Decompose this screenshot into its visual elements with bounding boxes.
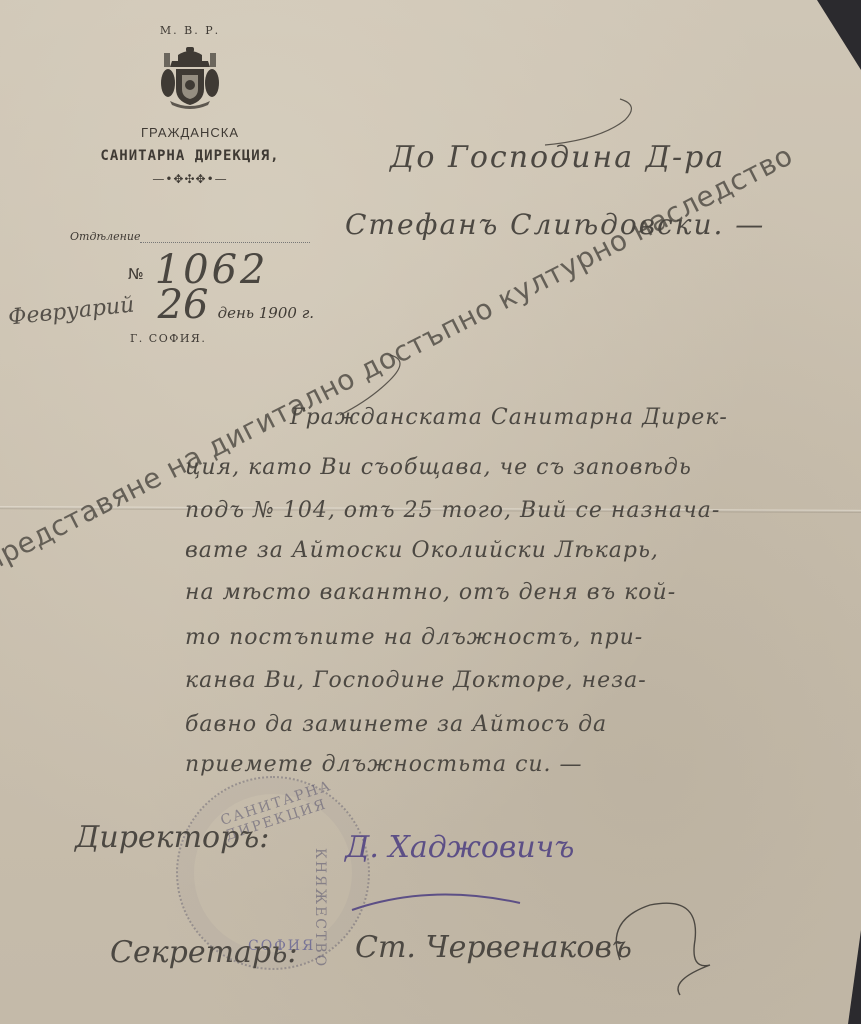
director-label: Директоръ: bbox=[75, 820, 269, 855]
coat-of-arms-icon bbox=[158, 45, 222, 111]
number-sign: № bbox=[128, 265, 144, 283]
ornament-divider: —•✥✣✥•— bbox=[40, 172, 340, 186]
director-signature: Д. Хаджовичъ bbox=[345, 830, 574, 865]
date-month: Февруарий bbox=[7, 292, 135, 330]
body-line-3: подъ № 104, отъ 25 того, Вий се назнача- bbox=[185, 498, 720, 523]
letterhead: М. В. Р. ГРАЖДАНСКА САНИТАРНА ДИР bbox=[40, 20, 340, 186]
department-label: Отдѣление bbox=[70, 230, 140, 243]
letterhead-line-1: ГРАЖДАНСКА bbox=[40, 125, 340, 140]
body-line-6: то постъпите на длъжностъ, при- bbox=[185, 625, 643, 650]
letterhead-line-2: САНИТАРНА ДИРЕКЦИЯ, bbox=[40, 148, 340, 164]
body-line-7: канва Ви, Господине Докторе, неза- bbox=[185, 668, 647, 693]
signature-underline bbox=[350, 885, 530, 915]
secretary-label: Секретарь: bbox=[110, 935, 298, 970]
date-year-label: день 1900 г. bbox=[218, 304, 315, 322]
city-label: Г. СОФИЯ. bbox=[130, 332, 206, 345]
signature-flourish bbox=[600, 890, 730, 1000]
ministry-abbreviation: М. В. Р. bbox=[40, 24, 340, 37]
date-field: Февруарий 26 день 1900 г. bbox=[8, 282, 314, 328]
body-line-5: на мѣсто вакантно, отъ деня въ кой- bbox=[185, 580, 676, 605]
document-paper: М. В. Р. ГРАЖДАНСКА САНИТАРНА ДИР bbox=[0, 0, 861, 1024]
body-line-8: бавно да заминете за Айтосъ да bbox=[185, 712, 607, 737]
secretary-signature: Ст. Червенаковъ bbox=[355, 930, 632, 965]
body-line-1: Гражданската Санитарна Дирек- bbox=[290, 405, 728, 430]
department-field: Отдѣление bbox=[70, 230, 310, 243]
body-line-4: вате за Айтоски Околийски Лѣкарь, bbox=[185, 538, 659, 563]
date-day: 26 bbox=[158, 282, 209, 328]
body-line-9: приемете длъжностьта си. — bbox=[185, 752, 583, 777]
body-line-2: ция, като Ви съобщава, че съ заповѣдь bbox=[185, 455, 692, 480]
addressee-line-1: До Господина Д-ра bbox=[390, 140, 725, 175]
